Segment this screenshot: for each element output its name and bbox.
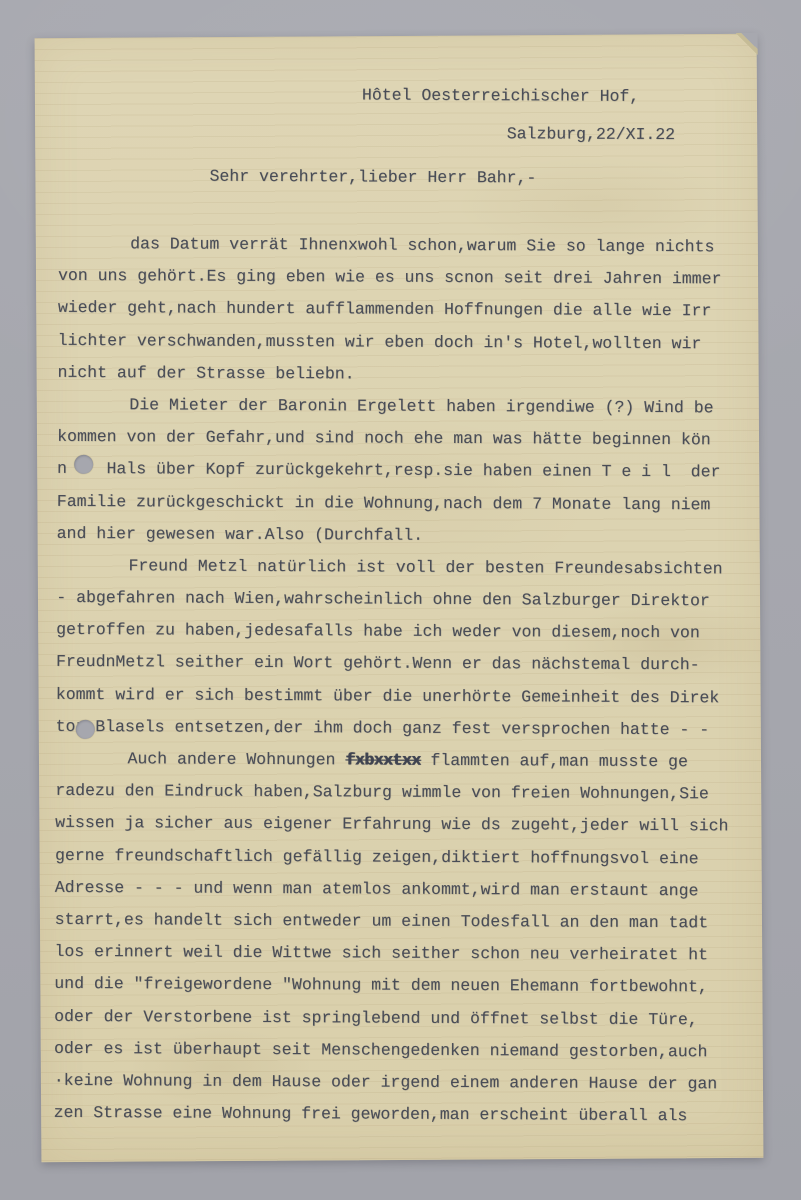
letter-content: Hôtel Oesterreichischer Hof, Salzburg,22… [29,38,757,1166]
letter-line: Familie zurückgeschickt in die Wohnung,n… [57,485,749,521]
letterhead-date: Salzburg,22/XI.22 [507,124,675,144]
scan-background: Hôtel Oesterreichischer Hof, Salzburg,22… [0,0,801,1200]
letter-line: Auch andere Wohnungen fxbxxtxx flammten … [55,743,747,779]
struck-word: fxbxxtxx [345,750,420,769]
letter-line: starrt,es handelt sich entweder um einen… [55,904,747,940]
punch-hole-top [74,455,93,474]
letter-paper: Hôtel Oesterreichischer Hof, Salzburg,22… [35,34,764,1162]
letter-body: das Datum verrät Ihnenxwohl schon,warum … [54,228,751,1133]
letter-line: zen Strasse eine Wohnung frei geworden,m… [54,1097,746,1133]
letter-line: Die Mieter der Baronin Ergelett haben ir… [57,389,749,425]
letter-line: getroffen zu haben,jedesafalls habe ich … [56,614,748,650]
letterhead-hotel: Hôtel Oesterreichischer Hof, [362,85,639,105]
letter-line: das Datum verrät Ihnenxwohl schon,warum … [58,228,750,264]
letter-line: kommt wird er sich bestimmt über die une… [56,679,748,715]
letter-line: Adresse - - - und wenn man atemlos ankom… [55,872,747,908]
letter-line: wissen ja sicher aus eigener Erfahrung w… [55,807,747,843]
letter-line: n Hals über Kopf zurückgekehrt,resp.sie … [57,453,749,489]
letter-line: los erinnert weil die Wittwe sich seithe… [54,936,746,972]
letter-line: kommen von der Gefahr,und sind noch ehe … [57,421,749,457]
letter-line: und die "freigewordene "Wohnung mit dem … [54,968,746,1004]
letter-line: nicht auf der Strasse beliebn. [57,357,749,393]
line-fragment: Auch andere Wohnungen [127,749,345,769]
line-fragment: flammten auf,man musste ge [420,751,687,771]
letter-line: oder es ist überhaupt seit Menschengeden… [54,1033,746,1069]
letter-line: and hier gewesen war.Also (Durchfall. [57,518,749,554]
letter-line: Freund Metzl natürlich ist voll der best… [56,550,748,586]
letter-line: gerne freundschaftlich gefällig zeigen,d… [55,839,747,875]
letter-line: FreudnMetzl seither ein Wort gehört.Wenn… [56,646,748,682]
letter-line: - abgefahren nach Wien,wahrscheinlich oh… [56,582,748,618]
letter-line: tor Blasels entsetzen,der ihm doch ganz … [56,711,748,747]
letter-line: ·keine Wohnung in dem Hause oder irgend … [54,1065,746,1101]
letter-line: radezu den Eindruck haben,Salzburg wimml… [55,775,747,811]
salutation: Sehr verehrter,lieber Herr Bahr,- [209,167,536,188]
letter-line: von uns gehört.Es ging eben wie es uns s… [58,260,750,296]
letter-line: oder der Verstorbene ist springlebend un… [54,1000,746,1036]
punch-hole-bottom [76,720,95,739]
letter-line: lichter verschwanden,mussten wir eben do… [58,324,750,360]
letter-line: wieder geht,nach hundert aufflammenden H… [58,292,750,328]
